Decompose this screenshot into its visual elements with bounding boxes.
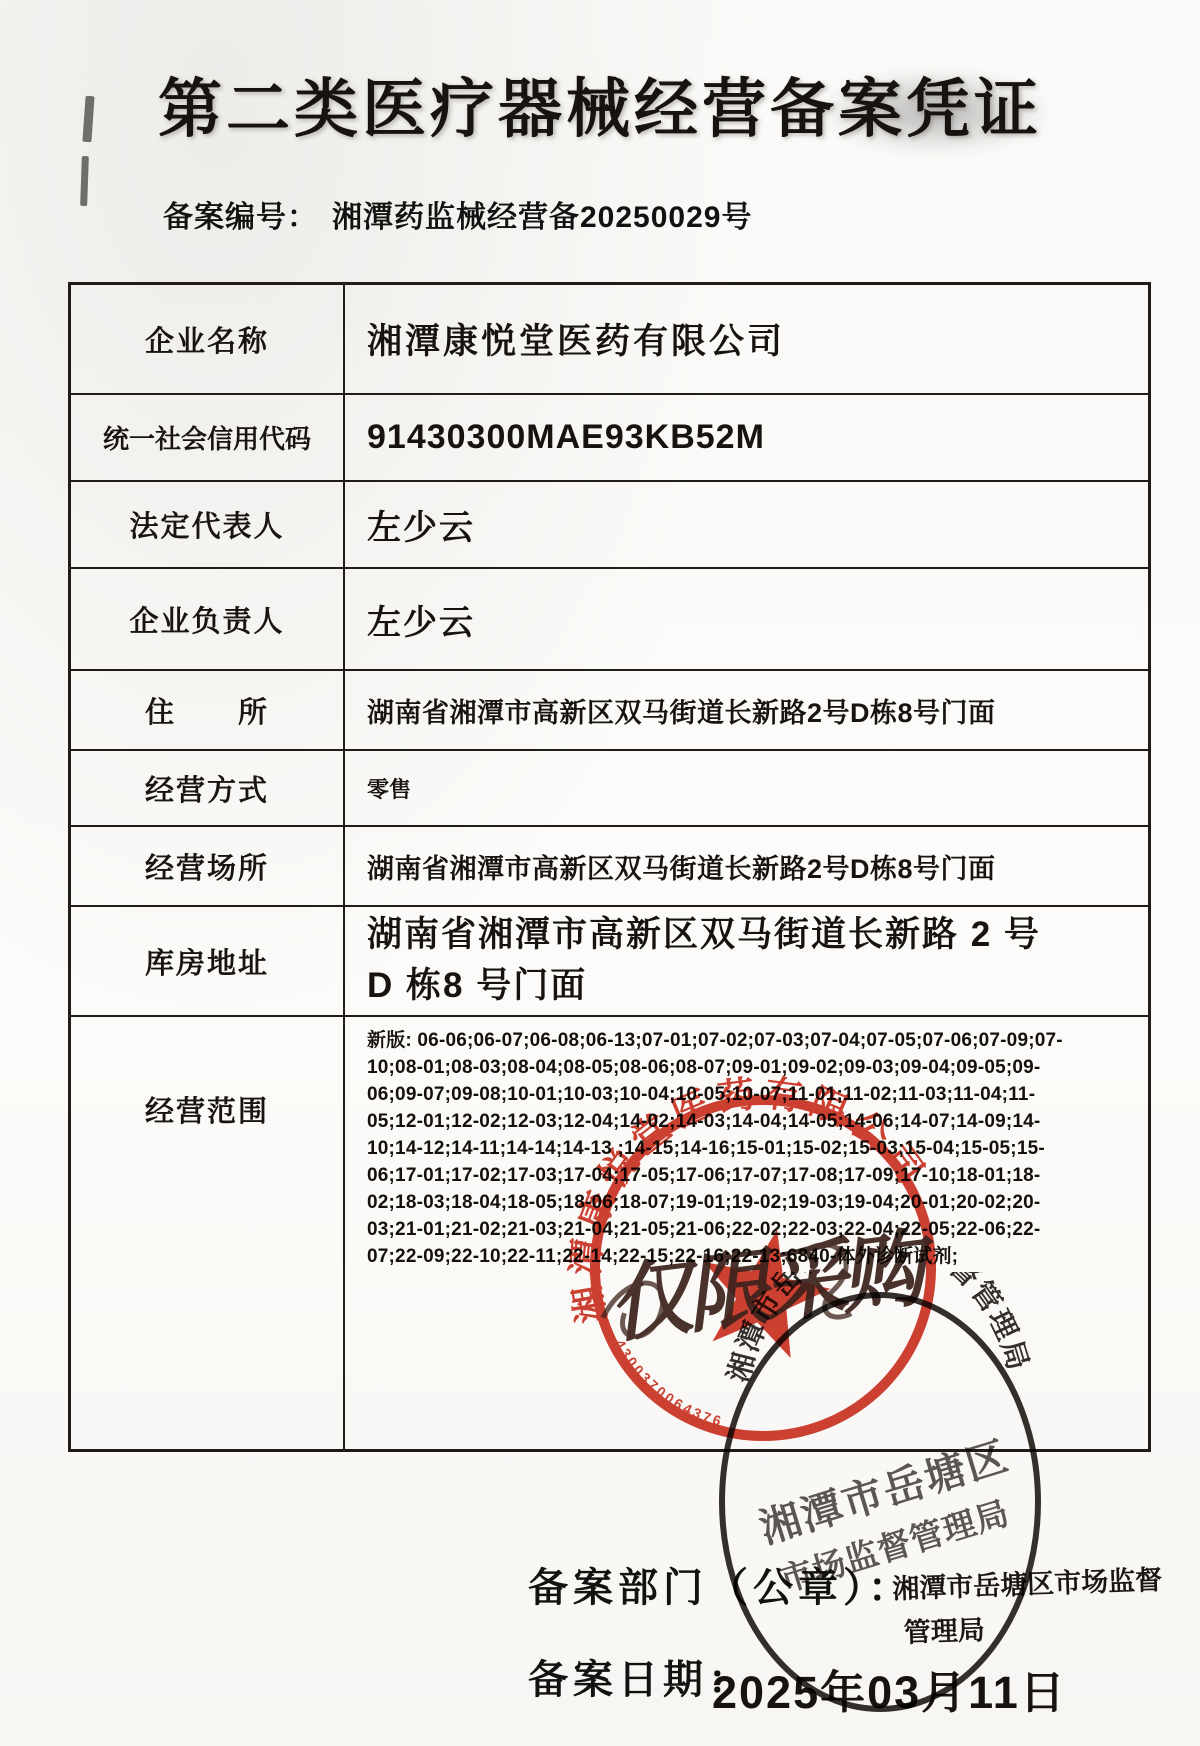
scope-line: 06;17-01;17-02;17-03;17-04;17-05;17-06;1… <box>367 1162 1140 1189</box>
table-row: 住 所 湖南省湘潭市高新区双马街道长新路2号D栋8号门面 <box>71 671 1148 751</box>
row-value-legal-rep: 左少云 <box>345 482 1148 567</box>
row-label-business-mode: 经营方式 <box>71 751 345 825</box>
filing-dept-value: 湘潭市岳塘区市场监督 管理局 <box>892 1557 1195 1655</box>
row-value-warehouse-address: 湖南省湘潭市高新区双马街道长新路 2 号 D 栋8 号门面 <box>345 907 1148 1015</box>
row-value-residence: 湖南省湘潭市高新区双马街道长新路2号D栋8号门面 <box>345 671 1148 749</box>
filing-dept-label: 备案部门（公章）： <box>528 1556 913 1613</box>
row-value-responsible-person: 左少云 <box>345 569 1148 669</box>
scope-line: 02;18-03;18-04;18-05;18-06;18-07;19-01;1… <box>367 1189 1140 1216</box>
filing-number: 备案编号：湘潭药监械经营备20250029号 <box>163 192 752 236</box>
row-label-business-premises: 经营场所 <box>71 827 345 905</box>
row-value-company-name: 湘潭康悦堂医药有限公司 <box>345 285 1148 393</box>
row-value-business-scope: 新版: 06-06;06-07;06-08;06-13;07-01;07-02;… <box>345 1017 1148 1449</box>
scope-line: 新版: 06-06;06-07;06-08;06-13;07-01;07-02;… <box>367 1027 1140 1054</box>
row-label-legal-rep: 法定代表人 <box>71 482 345 567</box>
warehouse-address-line1: 湖南省湘潭市高新区双马街道长新路 2 号 <box>367 910 1140 961</box>
scope-line: 03;21-01;21-02;21-03;21-04;21-05;21-06;2… <box>367 1216 1140 1243</box>
table-row: 企业名称 湘潭康悦堂医药有限公司 <box>71 285 1148 395</box>
table-row: 经营方式 零售 <box>71 751 1148 827</box>
row-label-responsible-person: 企业负责人 <box>71 569 345 669</box>
filing-number-value: 湘潭药监械经营备20250029号 <box>332 201 752 234</box>
filing-dept-line2: 管理局 <box>903 1601 1194 1655</box>
table-row: 经营范围 新版: 06-06;06-07;06-08;06-13;07-01;0… <box>71 1017 1148 1449</box>
row-value-business-premises: 湖南省湘潭市高新区双马街道长新路2号D栋8号门面 <box>345 827 1148 905</box>
row-label-residence: 住 所 <box>71 671 345 749</box>
scope-line: 05;12-01;12-02;12-03;12-04;14-02;14-03;1… <box>367 1108 1140 1135</box>
table-row: 经营场所 湖南省湘潭市高新区双马街道长新路2号D栋8号门面 <box>71 827 1148 907</box>
scope-line: 10;08-01;08-03;08-04;08-05;08-06;08-07;0… <box>367 1054 1140 1081</box>
scope-line: 06;09-07;09-08;10-01;10-03;10-04;10-05;1… <box>367 1081 1140 1108</box>
filing-number-label: 备案编号： <box>163 201 318 234</box>
filing-date-value: 2025年03月11日 <box>712 1656 1067 1721</box>
row-label-credit-code: 统一社会信用代码 <box>71 395 345 480</box>
row-label-company-name: 企业名称 <box>71 285 345 393</box>
row-value-business-mode: 零售 <box>345 751 1148 825</box>
table-row: 法定代表人 左少云 <box>71 482 1148 569</box>
table-row: 企业负责人 左少云 <box>71 569 1148 671</box>
warehouse-address-line2: D 栋8 号门面 <box>367 961 1140 1012</box>
row-label-warehouse-address: 库房地址 <box>71 907 345 1015</box>
scan-artifact <box>80 156 89 206</box>
table-row: 统一社会信用代码 91430300MAE93KB52M <box>71 395 1148 482</box>
row-label-business-scope: 经营范围 <box>71 1017 345 1449</box>
scope-line: 07;22-09;22-10;22-11;22-14;22-15;22-16;2… <box>367 1243 1140 1270</box>
table-row: 库房地址 湖南省湘潭市高新区双马街道长新路 2 号 D 栋8 号门面 <box>71 907 1148 1017</box>
certificate-table: 企业名称 湘潭康悦堂医药有限公司 统一社会信用代码 91430300MAE93K… <box>68 282 1151 1452</box>
scope-line: 10;14-12;14-11;14-14;14-13 ;14-15;14-16;… <box>367 1135 1140 1162</box>
row-value-credit-code: 91430300MAE93KB52M <box>345 395 1148 480</box>
page-title: 第二类医疗器械经营备案凭证 <box>0 58 1200 150</box>
